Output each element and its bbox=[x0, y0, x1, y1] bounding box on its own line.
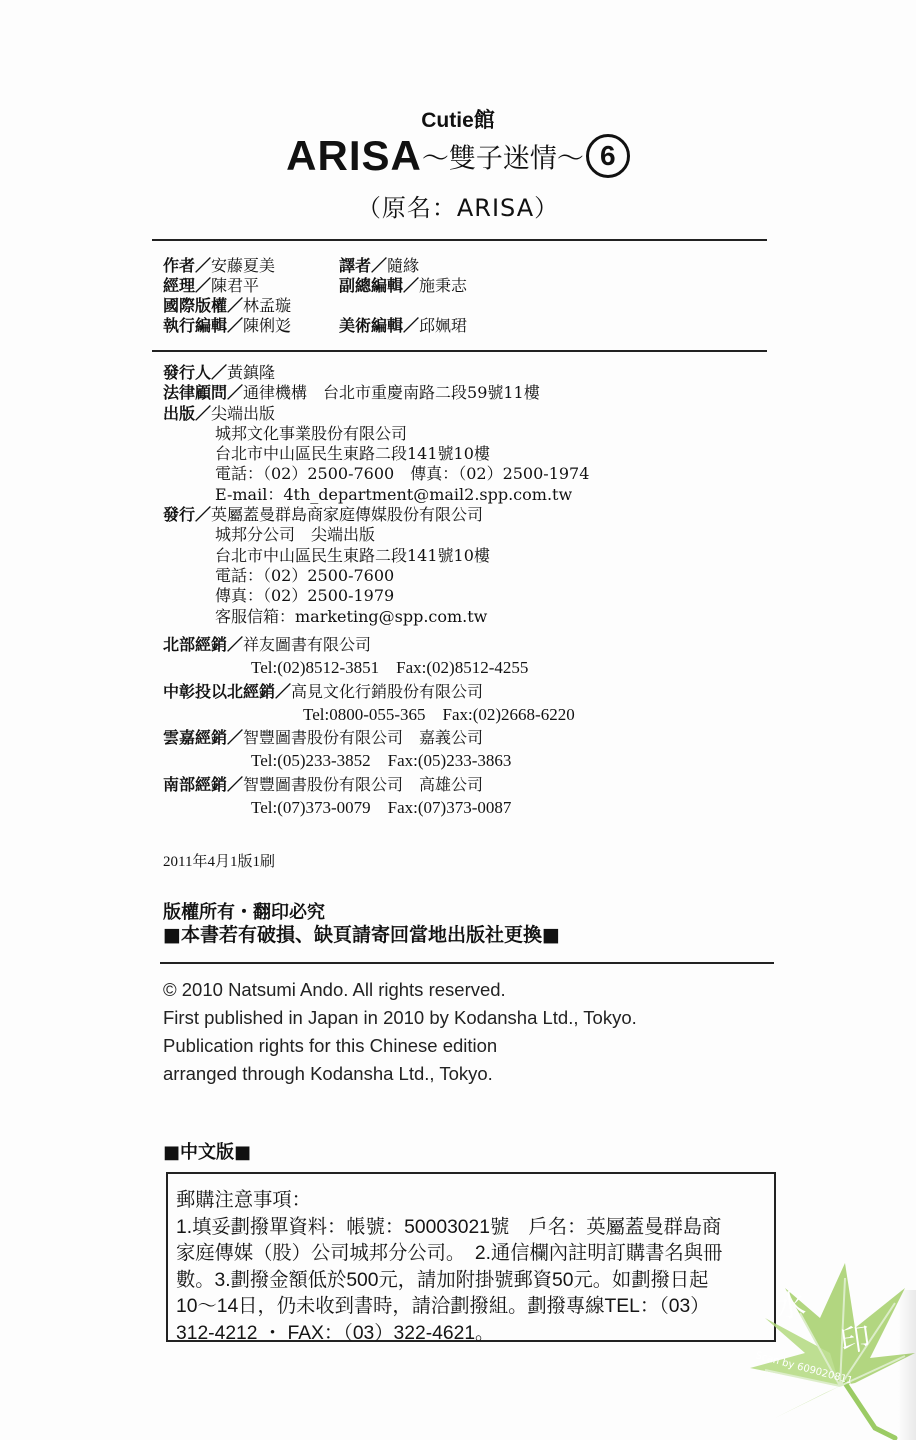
staff-author: 作者／安藤夏美 bbox=[163, 256, 291, 276]
dealer-north: 北部經銷／祥友圖書有限公司 Tel:(02)8512-3851 Fax:(02)… bbox=[163, 633, 575, 680]
staff-manager: 經理／陳君平 bbox=[163, 276, 291, 296]
leaf-watermark-icon: 水 印 Scan by 609020811 bbox=[745, 1258, 916, 1440]
mail-order-notice-box: 郵購注意事項： 1.填妥劃撥單資料：帳號：50003021號 戶名：英屬蓋曼群島… bbox=[166, 1172, 776, 1342]
dealer-contact: Tel:0800-055-365 Fax:(02)2668-6220 bbox=[163, 703, 575, 726]
chinese-edition-label: ■中文版■ bbox=[163, 1138, 251, 1164]
title-english: ARISA bbox=[286, 132, 422, 179]
page-edge-shadow bbox=[898, 1290, 916, 1440]
issuer-line: 發行人／黃鎮隆 bbox=[163, 363, 589, 383]
divider bbox=[152, 239, 767, 241]
mail-order-line: 家庭傳媒（股）公司城邦分公司。 2.通信欄內註明訂購書名與冊 bbox=[176, 1241, 772, 1268]
dealer-contact: Tel:(05)233-3852 Fax:(05)233-3863 bbox=[163, 749, 575, 772]
dealer-contact: Tel:(07)373-0079 Fax:(07)373-0087 bbox=[163, 796, 575, 819]
dealer-south: 南部經銷／智豐圖書股份有限公司 高雄公司 Tel:(07)373-0079 Fa… bbox=[163, 773, 575, 820]
dealer-contact: Tel:(02)8512-3851 Fax:(02)8512-4255 bbox=[163, 656, 575, 679]
distribution-address: 台北市中山區民生東路二段141號10樓 bbox=[163, 546, 589, 566]
distribution-service-email: 客服信箱：marketing@spp.com.tw bbox=[163, 607, 589, 627]
staff-empty-slot bbox=[339, 296, 467, 316]
distribution-branch: 城邦分公司 尖端出版 bbox=[163, 525, 589, 545]
dealer-yunjia: 雲嘉經銷／智豐圖書股份有限公司 嘉義公司 Tel:(05)233-3852 Fa… bbox=[163, 726, 575, 773]
publisher-info: 發行人／黃鎮隆 法律顧問／通律機構 台北市重慶南路二段59號11樓 出版／尖端出… bbox=[163, 363, 589, 627]
staff-right-column: 譯者／隨緣 副總編輯／施秉志 美術編輯／邱姵珺 bbox=[339, 256, 467, 336]
staff-left-column: 作者／安藤夏美 經理／陳君平 國際版權／林孟璇 執行編輯／陳俐彣 bbox=[163, 256, 291, 336]
title-chinese: ～雙子迷情～ bbox=[422, 144, 584, 175]
damage-replacement-notice: ■本書若有破損、缺頁請寄回當地出版社更換■ bbox=[163, 920, 560, 947]
staff-art-editor: 美術編輯／邱姵珺 bbox=[339, 316, 467, 336]
mail-order-text: 郵購注意事項： 1.填妥劃撥單資料：帳號：50003021號 戶名：英屬蓋曼群島… bbox=[176, 1188, 772, 1347]
copyright-line: First published in Japan in 2010 by Koda… bbox=[163, 1004, 637, 1032]
mail-order-line: 312-4212 ・ FAX：（03）322-4621。 bbox=[176, 1321, 772, 1348]
publishing-phone-fax: 電話：（02）2500-7600 傳真：（02）2500-1974 bbox=[163, 464, 589, 484]
mail-order-heading: 郵購注意事項： bbox=[176, 1188, 772, 1215]
publishing-line: 出版／尖端出版 bbox=[163, 404, 589, 424]
series-name: Cutie館 bbox=[0, 104, 916, 134]
copyright-block: © 2010 Natsumi Ando. All rights reserved… bbox=[163, 976, 637, 1088]
staff-translator: 譯者／隨緣 bbox=[339, 256, 467, 276]
divider bbox=[160, 962, 774, 964]
copyright-line: © 2010 Natsumi Ando. All rights reserved… bbox=[163, 976, 637, 1004]
staff-deputy-editor: 副總編輯／施秉志 bbox=[339, 276, 467, 296]
copyright-line: arranged through Kodansha Ltd., Tokyo. bbox=[163, 1060, 637, 1088]
copyright-line: Publication rights for this Chinese edit… bbox=[163, 1032, 637, 1060]
staff-exec-editor: 執行編輯／陳俐彣 bbox=[163, 316, 291, 336]
watermark-char: 印 bbox=[838, 1321, 873, 1360]
publishing-company: 城邦文化事業股份有限公司 bbox=[163, 424, 589, 444]
publishing-email: E-mail：4th_department@mail2.spp.com.tw bbox=[163, 485, 589, 505]
divider bbox=[152, 350, 767, 352]
staff-intl-rights: 國際版權／林孟璇 bbox=[163, 296, 291, 316]
legal-line: 法律顧問／通律機構 台北市重慶南路二段59號11樓 bbox=[163, 383, 589, 403]
distribution-line: 發行／英屬蓋曼群島商家庭傳媒股份有限公司 bbox=[163, 505, 589, 525]
mail-order-line: 1.填妥劃撥單資料：帳號：50003021號 戶名：英屬蓋曼群島商 bbox=[176, 1215, 772, 1242]
dealer-central: 中彰投以北經銷／高見文化行銷股份有限公司 Tel:0800-055-365 Fa… bbox=[163, 680, 575, 727]
watermark-char: 水 bbox=[773, 1287, 808, 1326]
mail-order-line: 10～14日，仍未收到書時，請洽劃撥組。劃撥專線TEL：（03） bbox=[176, 1294, 772, 1321]
print-date: 2011年4月1版1刷 bbox=[163, 850, 275, 871]
distribution-fax: 傳真：（02）2500-1979 bbox=[163, 586, 589, 606]
distribution-phone: 電話：（02）2500-7600 bbox=[163, 566, 589, 586]
volume-number-badge: 6 bbox=[586, 134, 630, 178]
original-title: （原名：ARISA） bbox=[0, 188, 916, 223]
publishing-address: 台北市中山區民生東路二段141號10樓 bbox=[163, 444, 589, 464]
dealers-list: 北部經銷／祥友圖書有限公司 Tel:(02)8512-3851 Fax:(02)… bbox=[163, 633, 575, 819]
book-title: ARISA～雙子迷情～6 bbox=[0, 132, 916, 180]
mail-order-line: 數。3.劃撥金額低於500元，請加附掛號郵資50元。如劃撥日起 bbox=[176, 1268, 772, 1295]
